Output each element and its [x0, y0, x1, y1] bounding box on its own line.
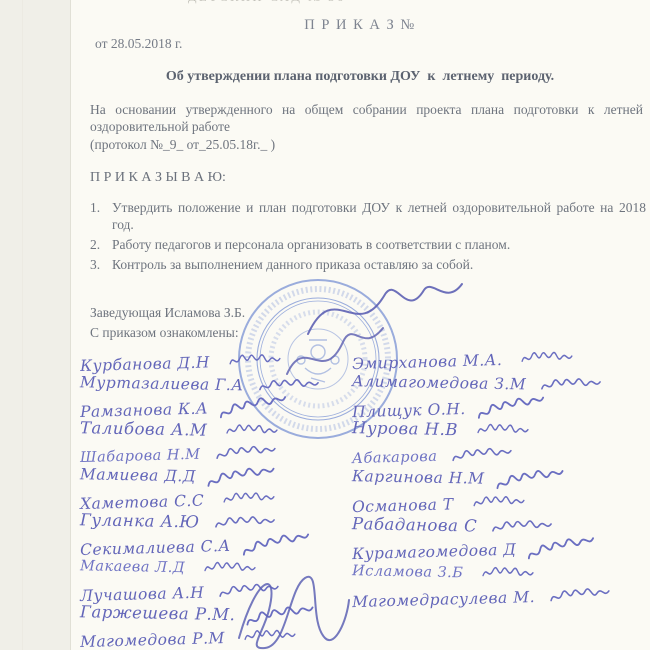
order-heading: П Р И К А З №: [80, 17, 640, 34]
signature-row: Магомедрасулева М.: [352, 582, 649, 614]
manager-line: Заведующая Исламова З.Б.: [90, 305, 245, 321]
signature-scribble-icon: [491, 516, 553, 537]
order-item: Утвердить положение и план подготовки ДО…: [90, 199, 646, 233]
signature-scribble-icon: [520, 347, 574, 370]
document-page: ДЕТСКИЙ САД № 36 П Р И К А З № от 28.05.…: [0, 0, 650, 650]
signature-scribble-icon: [481, 561, 536, 586]
signer-name: Алимагомедова З.М: [352, 372, 526, 393]
signer-name: Нурова Н.В: [352, 419, 458, 440]
director-signature-flourish: [300, 272, 470, 352]
signer-name: Магомедрасулева М.: [352, 588, 535, 611]
signer-name: Гуланка А.Ю: [80, 510, 200, 531]
scan-edge-strip: [0, 0, 71, 650]
signature-scribble-icon: [524, 531, 598, 566]
signer-name: Муртазалиева Г.А: [80, 373, 244, 394]
signature-scribble-icon: [222, 487, 276, 510]
large-signature-flourish: [225, 560, 355, 650]
order-items-list: Утвердить положение и план подготовки ДО…: [90, 199, 646, 276]
signature-scribble-icon: [472, 491, 526, 514]
signer-name: Мамиева Д.Д: [80, 465, 196, 485]
signature-scribble-icon: [476, 419, 531, 444]
preamble-paragraph: На основании утвержденного на общем собр…: [90, 102, 643, 135]
signature-scribble-icon: [213, 512, 275, 533]
document-title: Об утверждении плана подготовки ДОУ к ле…: [80, 69, 640, 85]
signature-scribble-icon: [549, 585, 612, 607]
signature-scribble-icon: [451, 445, 514, 467]
signature-scribble-icon: [214, 442, 277, 464]
order-item: Работу педагогов и персонала организоват…: [90, 236, 646, 253]
acquainted-line: С приказом ознакомлены:: [90, 325, 239, 341]
signer-name: Исламова З.Б: [352, 563, 464, 581]
decree-word: П Р И К А З Ы В А Ю:: [90, 170, 226, 186]
order-date: от 28.05.2018 г.: [95, 36, 182, 52]
signature-column-right: Эмирханова М.А. Алимагомедова З.М Плищук…: [352, 348, 648, 610]
letterhead-clipped-line: ДЕТСКИЙ САД № 36: [188, 0, 638, 4]
signature-scribble-icon: [228, 349, 282, 372]
signer-name: Каргинова Н.М: [352, 467, 485, 488]
order-item: Контроль за выполнением данного приказа …: [90, 256, 646, 273]
protocol-line: (протокол №_9_ от_25.05.18г._ ): [90, 137, 275, 153]
signer-name: Талибова А.М: [80, 418, 208, 439]
signer-name: Магомедова Р.М: [80, 629, 225, 650]
signer-name: Гаржешева Р.М.: [80, 602, 236, 624]
signer-name: Рабаданова С: [352, 514, 478, 535]
signer-name: Макаева Л.Д: [80, 558, 185, 576]
